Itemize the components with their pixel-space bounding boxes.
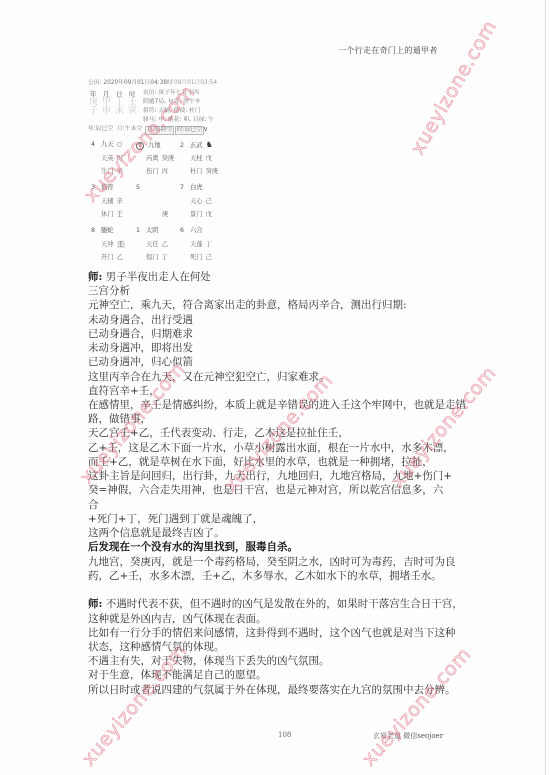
- chart-date-extra: 09月01日03:54: [174, 81, 217, 87]
- palace-deity: 九地: [148, 142, 161, 149]
- pillar-branch-month: 申: [102, 107, 111, 116]
- pillar-branch-year: 子: [89, 107, 98, 116]
- text-line: 已动身遇冲，归心似箭: [88, 355, 508, 369]
- palace-door-stem: 戊: [206, 211, 212, 218]
- palace-door-stem: 癸庚: [206, 168, 219, 175]
- palace-number: 6: [180, 228, 190, 234]
- palace-deity: 白虎: [190, 184, 203, 191]
- palace-door-stem: 辛: [117, 168, 123, 175]
- palace-star: 天柱: [190, 155, 203, 162]
- section-heading: 三宫分析: [88, 284, 508, 298]
- palace-8: 8螣蛇 天冲壬 开门乙: [91, 228, 135, 262]
- palace-number: 8: [91, 228, 101, 234]
- text-line: 这里丙辛合在九天，又在元神空犯空亡，归家难求。: [88, 370, 508, 384]
- chevron-down-icon[interactable]: ∨: [203, 126, 208, 133]
- palace-star-stem: 辛: [117, 198, 123, 205]
- text-line: 合: [88, 498, 508, 512]
- line-text: 男子半夜出走人在何处: [102, 271, 210, 283]
- palace-5: 5 庚: [136, 185, 180, 219]
- text-line: 这两个信息就是最终吉凶了。: [88, 526, 508, 540]
- palace-star-stem: 丙: [117, 155, 123, 162]
- chart-info-ju: 阴遁7局, 旬首: 甲午辛: [143, 100, 201, 106]
- palace-number: 2: [180, 143, 190, 149]
- pillar-branch-hour: 寅: [128, 107, 137, 116]
- page-number: 108: [278, 731, 291, 739]
- kongwang-circle-icon: ○: [117, 141, 123, 148]
- kongwang-year: 年:辰巳空: [88, 127, 113, 133]
- palace-deity: 六合: [190, 227, 203, 234]
- palace-number: 3: [91, 185, 101, 191]
- text-line: 比如有一行分手的情侣来问感情，这卦得到不遇时，这个凶气也就是对当下这种: [88, 626, 508, 640]
- palace-star-stem: 癸庚: [162, 155, 175, 162]
- palace-star: 天任: [146, 241, 159, 248]
- palace-deity: 螣蛇: [101, 227, 114, 234]
- palace-star-stem: 乙: [162, 241, 168, 248]
- pillar-branch-day: 未: [115, 107, 124, 116]
- palace-star: 天心: [190, 198, 203, 205]
- chart-info-yima: 驿马: 申, 桃花: 卯, 日禄: 午: [143, 118, 214, 124]
- palace-deity: 值符: [101, 184, 114, 191]
- palace-9: 9九地 芮禽癸庚 伤门丙: [136, 142, 180, 176]
- text-line: 乙+壬，这是乙木下面一片水，小草小树露出水面，根在一片水中，水多木漂，: [88, 441, 508, 455]
- kongwang-day: 日:寅卯空: [145, 126, 174, 135]
- text-line: +死门+丁，死门遇到丁就是魂魄了，: [88, 512, 508, 526]
- palace-6: 6六合 天蓬丁 死门己: [180, 228, 224, 262]
- text-line: 九地宫，癸庚丙，就是一个毒药格局，癸至阴之水，凶时可为毒药，吉时可为良: [88, 555, 508, 569]
- line-text: 不遇时代表不获，但不遇时的凶气是发散在外的，如果时干落宫生合日干宫，: [102, 598, 462, 610]
- palace-door-stem: 丁: [162, 254, 168, 261]
- page-edge-divider: [545, 0, 546, 775]
- palace-door: 开门: [101, 254, 114, 261]
- text-line: 未动身遇冲，即将出发: [88, 341, 508, 355]
- palace-door: 死门: [190, 254, 203, 261]
- palace-1: 1太阴 天任乙 惊门丁: [136, 228, 180, 262]
- palace-star: 芮禽: [146, 155, 159, 162]
- palace-deity: 玄武: [190, 142, 203, 149]
- speaker-label: 师:: [88, 598, 102, 610]
- text-line: 路，做错事，: [88, 412, 508, 426]
- text-line: 师: 不遇时代表不获，但不遇时的凶气是发散在外的，如果时干落宫生合日干宫，: [88, 597, 508, 611]
- text-line: 癸=神假，六合走失用神，也是日干宫，也是元神对宫，所以乾宫信息多，六: [88, 483, 508, 497]
- kongwang-hour: 时:辰巳空: [175, 126, 204, 135]
- text-line: 在感情里，辛壬是情感纠纷，本质上就是辛错误的进入壬这个牢网中，也就是走错: [88, 398, 508, 412]
- palace-door-stem: 己: [206, 254, 212, 261]
- palace-deity: 太阴: [146, 227, 159, 234]
- text-line: 药，乙+壬，水多木漂，壬+乙，木多辱水，乙木如水下的水草，拥堵壬水。: [88, 569, 508, 583]
- text-line: 已动身遇合，归期难求: [88, 327, 508, 341]
- text-line: 不遇主有失，对于失物，体现当下丢失的凶气氛围。: [88, 654, 508, 668]
- palace-door-stem: 壬: [117, 211, 123, 218]
- palace-star-stem: 壬: [117, 241, 125, 248]
- text-line: 这种就是外凶内吉，凶气体现在表面。: [88, 612, 508, 626]
- chart-date-line: 公历: 2020年09月01日04:38时: [88, 81, 173, 87]
- outcome-line: 后发现在一个没有水的沟里找到，服毒自杀。: [88, 540, 508, 554]
- palace-star: 天冲: [101, 241, 114, 248]
- running-header: 一个行走在奇门上的遁甲者: [338, 45, 437, 56]
- text-line: 未动身遇合，出行受遇: [88, 313, 508, 327]
- text-line: 师: 男子半夜出走人在何处: [88, 270, 508, 284]
- palace-star: 天蓬: [190, 241, 203, 248]
- speaker-label: 师:: [88, 271, 102, 283]
- text-line: 状态，这种感情气氛的体现。: [88, 640, 508, 654]
- palace-number: 4: [91, 142, 101, 148]
- document-page: 一个行走在奇门上的遁甲者 公历: 2020年09月01日04:38时 09月01…: [0, 0, 550, 775]
- palace-star-stem: 戊: [206, 155, 212, 162]
- chart-info-zhifu: 值符: 天辅, 值使: 杜门: [143, 109, 201, 115]
- palace-star: 天英: [101, 155, 114, 162]
- palace-door: 惊门: [146, 254, 159, 261]
- text-line: 所以日时或者说四建的气氛属于外在体现，最终要落实在九宫的氛围中去分辨。: [88, 683, 508, 697]
- kongwang-month: 月:午未空: [117, 127, 142, 133]
- palace-door-stem: 乙: [117, 254, 123, 261]
- text-line: 对于生意，体现不能满足自己的愿望。: [88, 668, 508, 682]
- text-line: 这卦主旨是问回归，出行卦，九天出行，九地回归，九地宫格局，九地+伤门+: [88, 469, 508, 483]
- palace-star: 天辅: [101, 198, 114, 205]
- palace-center-stem: 庚: [162, 212, 168, 218]
- palace-door: 休门: [101, 211, 114, 218]
- palace-3: 3值符 天辅辛 休门壬: [91, 185, 135, 219]
- palace-4: 4九天○ 天英丙 生门辛: [91, 142, 135, 176]
- footer-credit: 玄易老道 微信seojoer: [373, 731, 443, 741]
- palace-number: 1: [136, 228, 146, 234]
- palace-door-stem: 丙: [162, 168, 168, 175]
- palace-deity: 九天: [101, 141, 114, 148]
- watermark: xueyizone.com: [406, 17, 501, 159]
- palace-door: 伤门: [146, 168, 159, 175]
- horse-icon: ♞: [206, 140, 213, 149]
- palace-door: 杜门: [190, 168, 203, 175]
- palace-door: 生门: [101, 168, 114, 175]
- palace-star-stem: 丁: [206, 241, 212, 248]
- palace-number: 5: [136, 185, 146, 191]
- text-line: 天乙宫壬+乙，壬代表变动、行走，乙木这是拉扯住壬，: [88, 426, 508, 440]
- palace-number: 9: [136, 142, 144, 150]
- palace-door: 景门: [190, 211, 203, 218]
- palace-7: 7白虎 天心己 景门戊: [180, 185, 224, 219]
- text-line: 元神空亡，乘九天，符合离家出走的卦意，格局丙辛合，测出行归期:: [88, 298, 508, 312]
- blank-line: [88, 583, 508, 597]
- text-line: 直符宫辛+壬，: [88, 384, 508, 398]
- palace-star-stem: 己: [206, 198, 212, 205]
- text-line: 而壬+乙，就是草树在水下面，好比水里的水草，也就是一种拥堵，拉扯，: [88, 455, 508, 469]
- chart-info-lunar: 农历: 庚子年七月十四: [143, 91, 199, 97]
- body-text: 师: 男子半夜出走人在何处 三宫分析 元神空亡，乘九天，符合离家出走的卦意，格局…: [88, 270, 508, 697]
- palace-number: 7: [180, 185, 190, 191]
- palace-2: 2玄武♞ 天柱戊 杜门癸庚: [180, 142, 224, 176]
